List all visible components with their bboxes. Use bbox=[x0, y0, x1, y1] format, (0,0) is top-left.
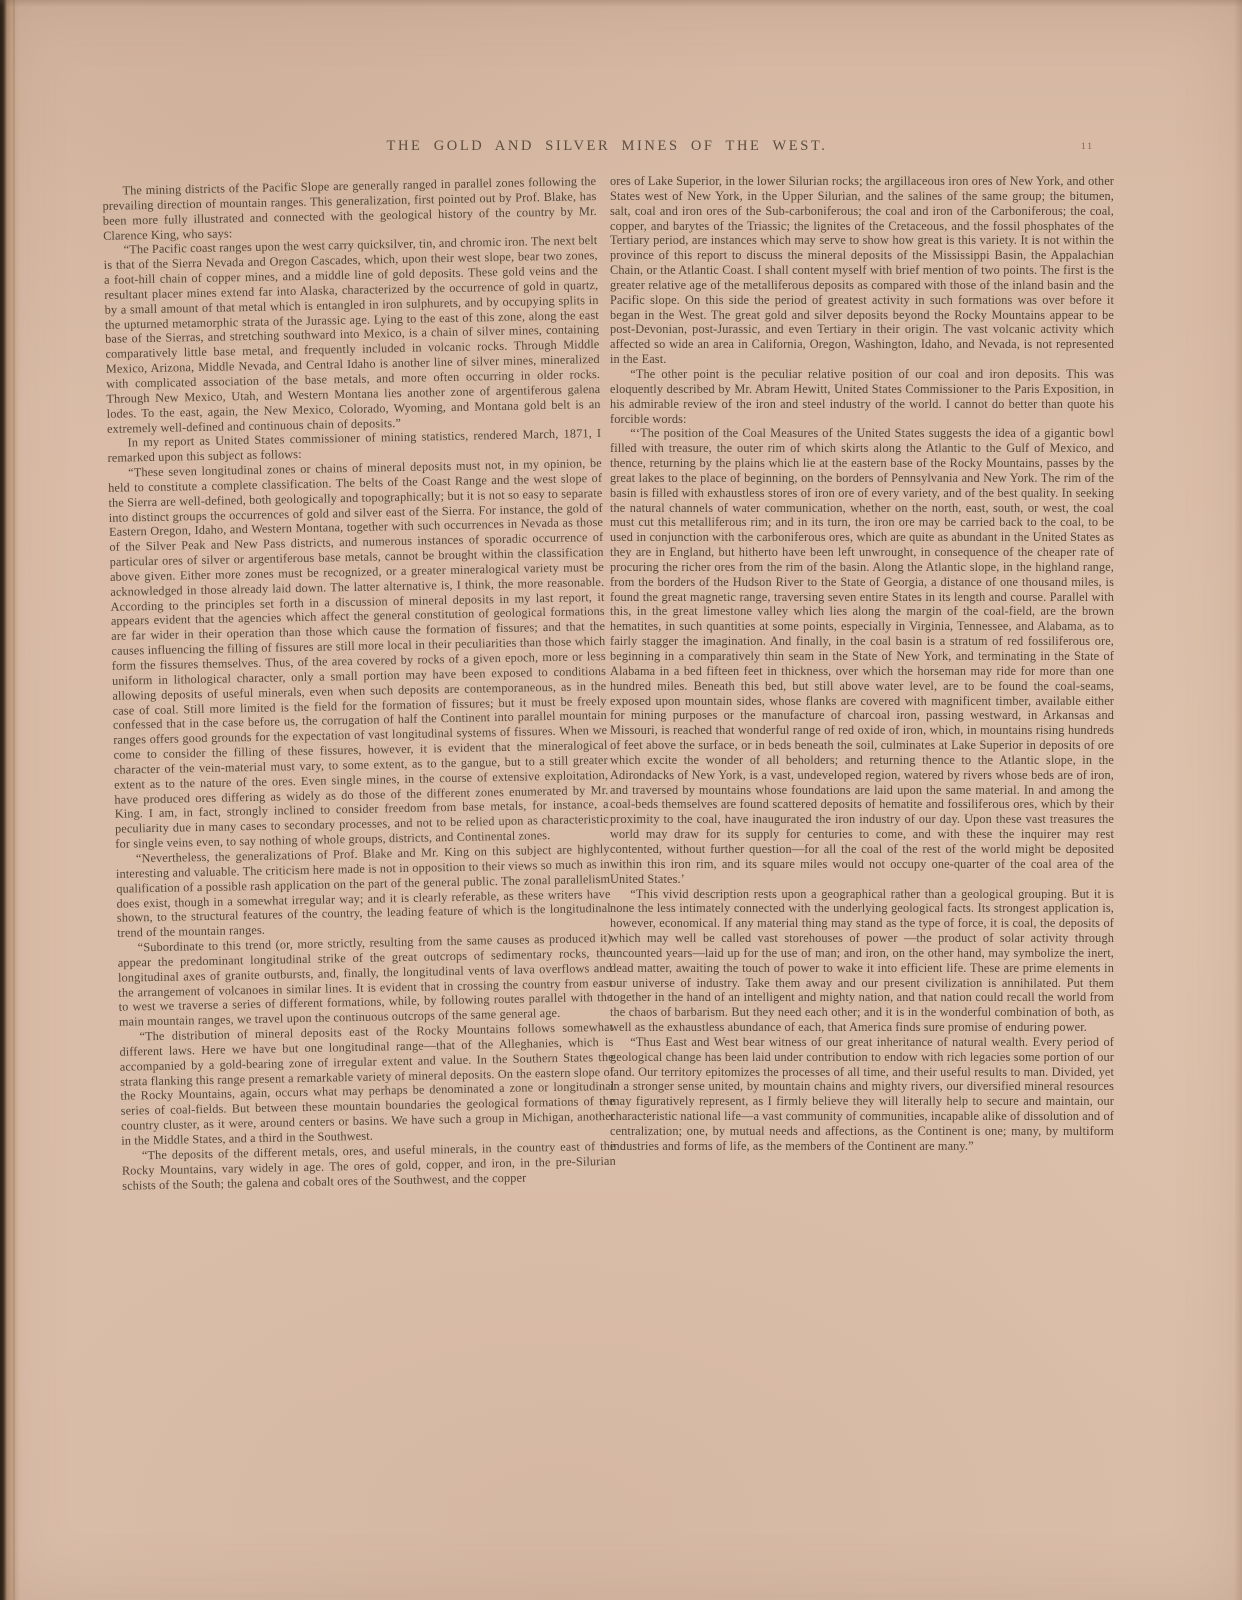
paragraph: “The other point is the peculiar relativ… bbox=[610, 367, 1114, 426]
page-top-edge-shadow bbox=[0, 0, 1242, 7]
paragraph: “The deposits of the different metals, o… bbox=[121, 1139, 616, 1193]
paragraph: “Nevertheless, the generalizations of Pr… bbox=[116, 842, 612, 941]
text-block: The mining districts of the Pacific Slop… bbox=[102, 174, 1114, 1183]
paragraph: “Thus East and West bear witness of our … bbox=[610, 1035, 1114, 1154]
paragraph: “This vivid description rests upon a geo… bbox=[610, 887, 1114, 1035]
book-gutter-edge bbox=[0, 0, 20, 1600]
paragraph: “‘The position of the Coal Measures of t… bbox=[610, 426, 1114, 886]
page-number: 11 bbox=[1081, 142, 1094, 152]
page-title: THE GOLD AND SILVER MINES OF THE WEST. bbox=[102, 138, 1112, 155]
page-right-edge-shadow bbox=[1234, 0, 1242, 1600]
right-column: ores of Lake Superior, in the lower Silu… bbox=[610, 174, 1114, 1183]
running-header: THE GOLD AND SILVER MINES OF THE WEST. 1… bbox=[102, 138, 1112, 160]
paragraph: “The Pacific coast ranges upon the west … bbox=[103, 233, 601, 436]
paragraph: “Subordinate to this trend (or, more str… bbox=[117, 931, 613, 1030]
paragraph: The mining districts of the Pacific Slop… bbox=[102, 174, 597, 243]
paragraph: ores of Lake Superior, in the lower Silu… bbox=[610, 174, 1114, 367]
paragraph: “The distribution of mineral deposits ea… bbox=[119, 1020, 615, 1149]
paragraph: “These seven longitudinal zones or chain… bbox=[108, 456, 610, 852]
left-column: The mining districts of the Pacific Slop… bbox=[102, 174, 616, 1193]
